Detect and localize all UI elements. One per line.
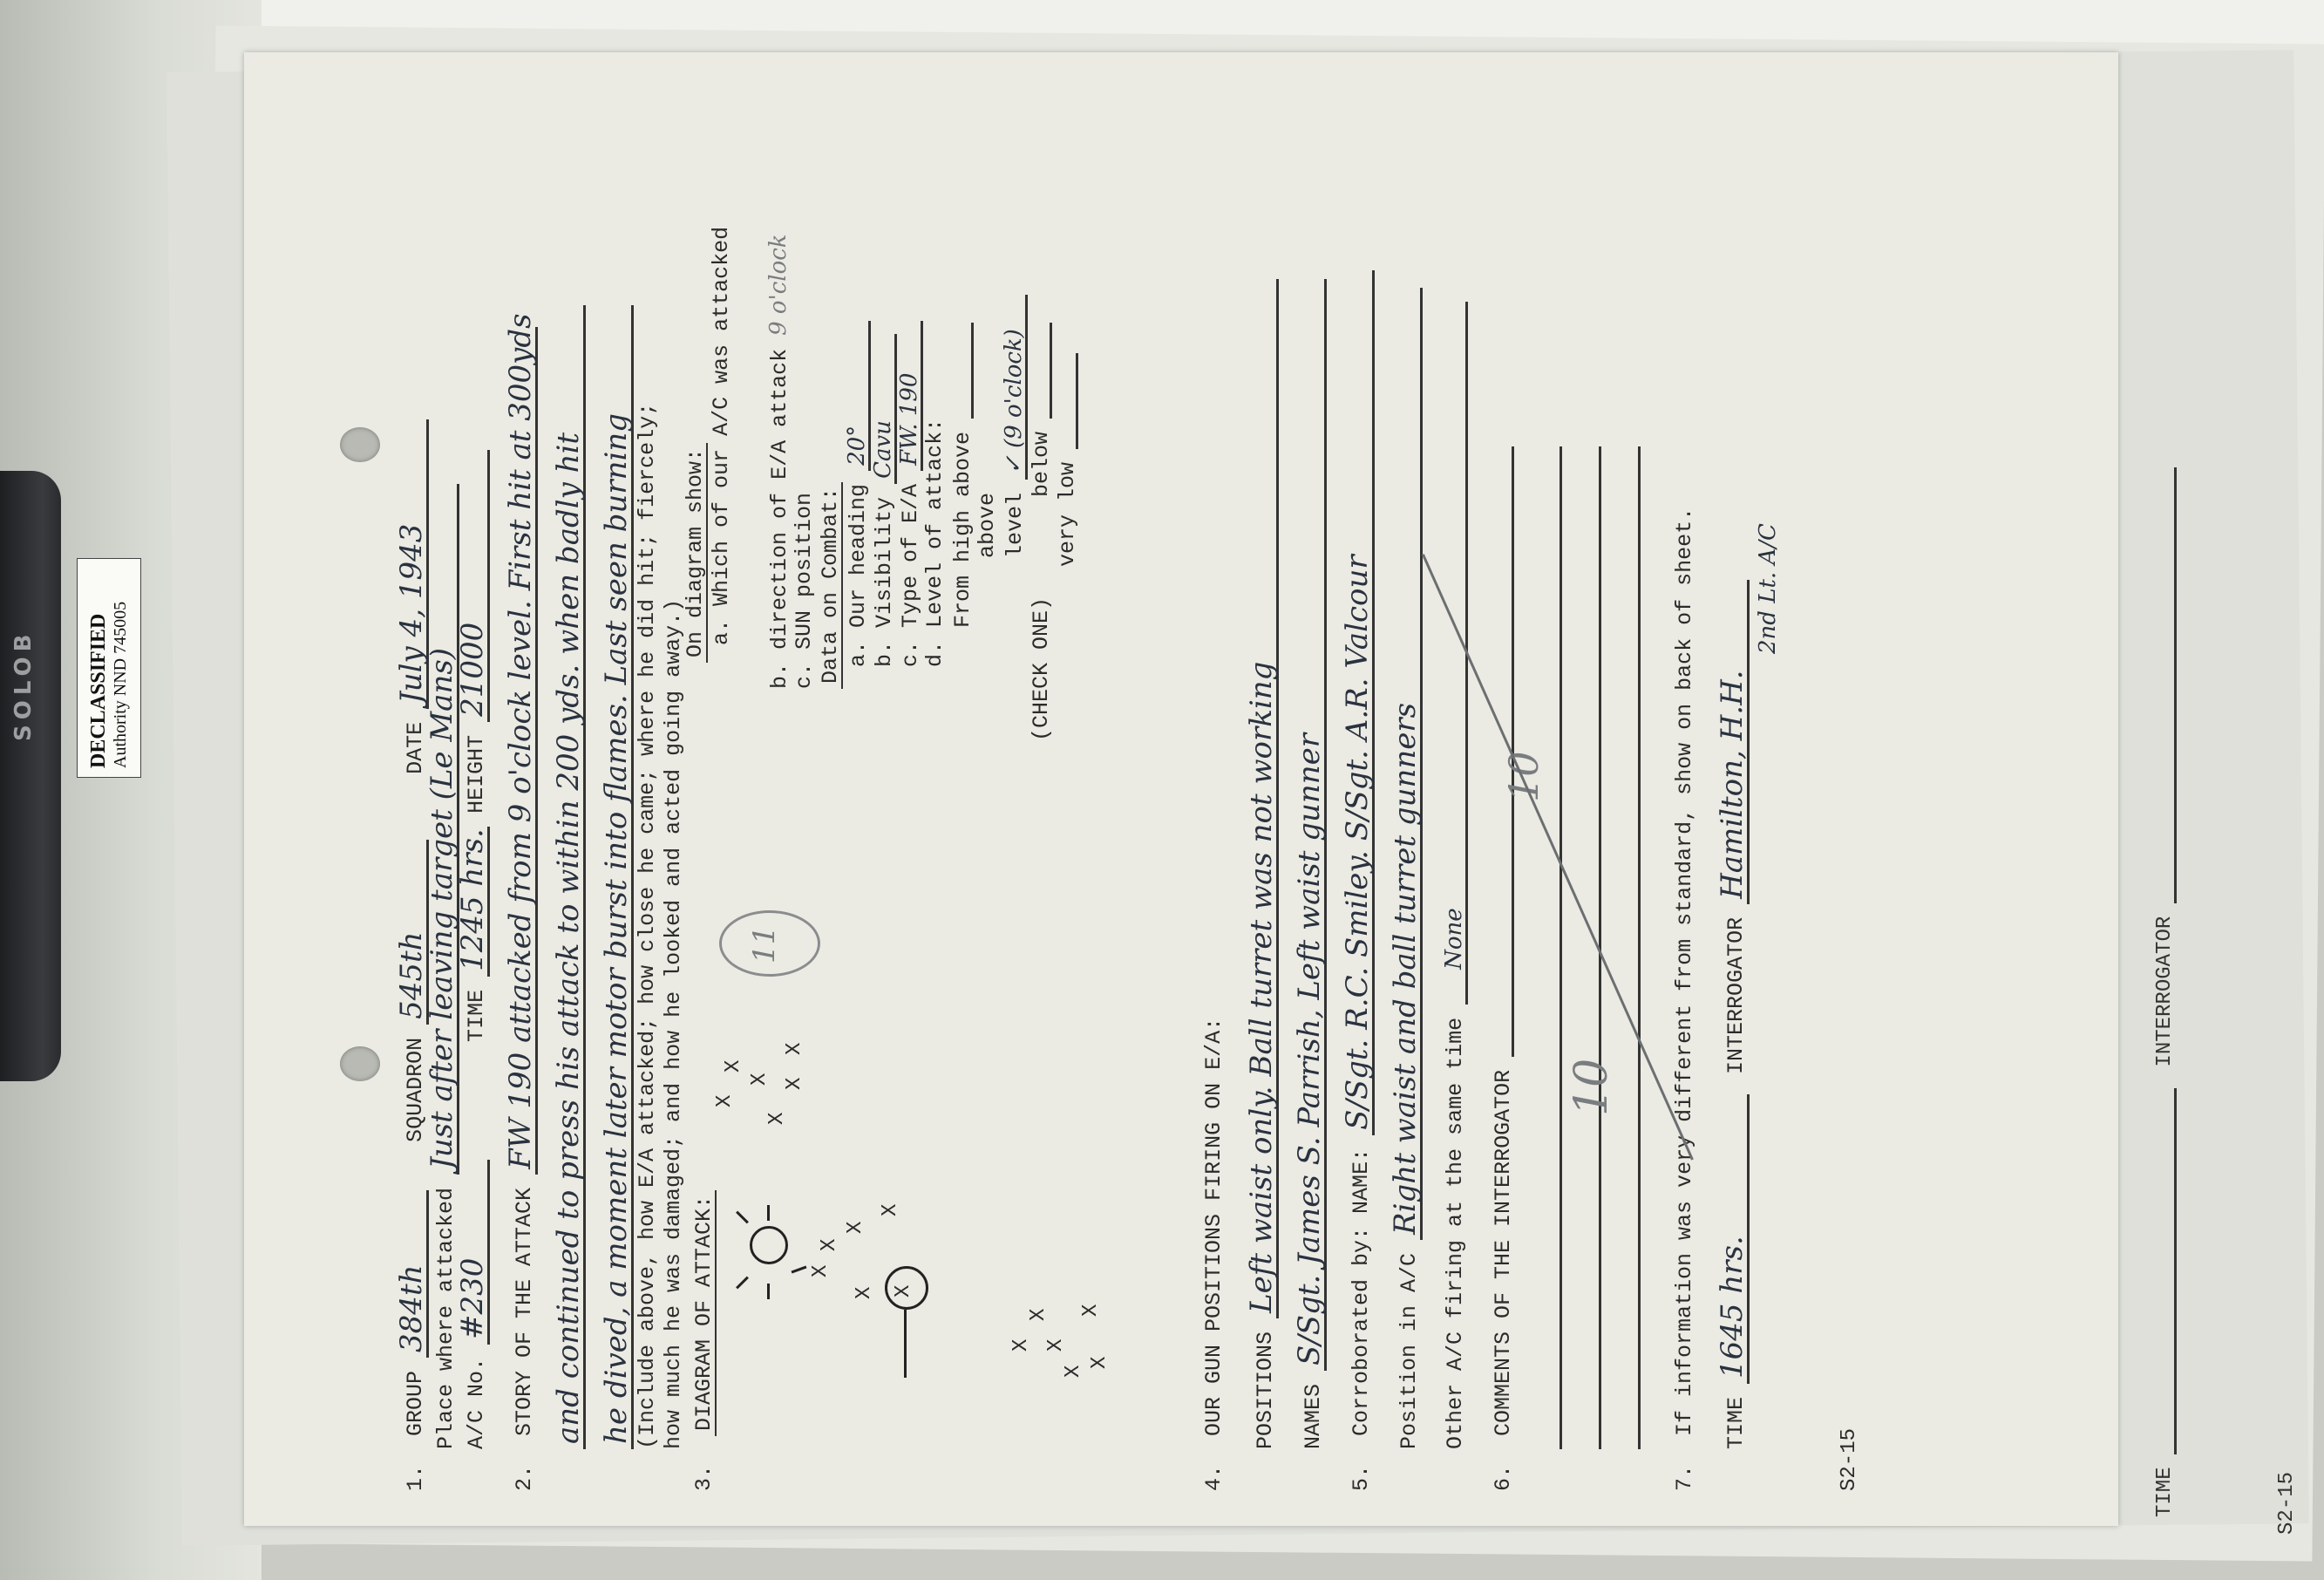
aircraft-marker: X [894, 1285, 914, 1297]
aircraft-marker: X [1046, 1339, 1067, 1352]
underlying-time-field [2153, 1088, 2177, 1454]
section4-heading: 4. OUR GUN POSITIONS FIRING ON E/A: [1203, 1018, 1225, 1491]
stapler [0, 471, 61, 1081]
sun-ray [767, 1205, 770, 1221]
declassified-authority: Authority NND 745005 [111, 559, 131, 768]
story-instructions-2: how much he was damaged; and how he look… [663, 599, 684, 1449]
form-id: S2-15 [1839, 1428, 1860, 1491]
sun-ray [767, 1284, 770, 1299]
group-value: 384th [397, 1190, 429, 1358]
data-on-combat: Data on Combat: [819, 482, 843, 689]
attack-direction-value: 9 o'clock [765, 234, 792, 335]
aircraft-marker: X [819, 1239, 840, 1251]
time-interrogator-line: TIME 1645 hrs. INTERROGATOR Hamilton, H.… [1717, 580, 1750, 1449]
aircraft-marker: X [724, 1060, 744, 1073]
diagram-item-a: a. Which of our A/C was attacked [710, 227, 732, 645]
level-very-low: very low [1055, 353, 1078, 567]
check-one: (CHECK ONE) below [1029, 323, 1052, 741]
aircraft-marker: X [811, 1265, 832, 1277]
underlying-form-footer: TIME INTERROGATOR [2153, 467, 2177, 1517]
section2-line2: and continued to press his attack to wit… [554, 305, 586, 1449]
sun-ray [792, 1266, 807, 1274]
level-high-above: From high above [950, 323, 974, 628]
combat-ea-type: c. Type of E/A FW. 190 [898, 321, 923, 667]
interrogation-time-value: 1645 hrs. [1717, 1094, 1750, 1384]
declassified-label: DECLASSIFIED Authority NND 745005 [77, 558, 141, 778]
attack-diagram: X X X X X X X X X X X X X X X X X X [715, 776, 1116, 1474]
section2-line3: he dived, a moment later motor burst int… [601, 305, 634, 1449]
section3-heading: 3. DIAGRAM OF ATTACK: [693, 1190, 717, 1491]
aircraft-marker: X [750, 1073, 771, 1086]
visibility-value: Cavu [872, 334, 897, 484]
sun-icon [750, 1226, 788, 1264]
time-value: 1245 hrs. [458, 827, 490, 977]
corroborated-value: S/Sgt. R.C. Smiley. S/Sgt. A.R. Valcour [1342, 270, 1375, 1135]
names-value: S/Sgt. James S. Parrish, Left waist gunn… [1295, 279, 1327, 1371]
declassified-title: DECLASSIFIED [87, 559, 111, 768]
story-line-2: and continued to press his attack to wit… [554, 305, 586, 1449]
aircraft-marker: X [715, 1095, 736, 1107]
aircraft-marker: X [785, 1078, 805, 1090]
aircraft-marker: X [785, 1043, 805, 1055]
underlying-form-id: S2-15 [2275, 1472, 2299, 1535]
position-in-ac-value: Right waist and ball turret gunners [1390, 288, 1423, 1240]
comments-field [1617, 446, 1641, 1449]
comments-field [1539, 446, 1562, 1449]
sun-ray [736, 1211, 749, 1224]
positions-line: POSITIONS Left waist only. Ball turret w… [1247, 279, 1279, 1449]
level-above: above [976, 493, 998, 558]
sun-ray [736, 1277, 749, 1290]
positions-value: Left waist only. Ball turret was not wor… [1247, 279, 1279, 1318]
form-page: 1. GROUP 384th SQUADRON 545th DATE July … [244, 52, 2118, 1526]
combat-level: d. Level of attack: [924, 419, 946, 667]
corroborated-line: 5. Corroborated by: NAME: S/Sgt. R.C. Sm… [1342, 270, 1375, 1491]
interrogator-rank: 2nd Lt. A/C [1757, 523, 1779, 654]
aircraft-marker: X [1063, 1365, 1084, 1378]
heading-value: 20° [846, 321, 871, 471]
section2-line1: 2. STORY OF THE ATTACK FW 190 attacked f… [506, 327, 538, 1491]
underlying-time-label: TIME [2153, 1467, 2177, 1517]
story-instructions-1: (Include above, how E/A attacked; how cl… [636, 403, 658, 1449]
diagram-item-b: b. direction of E/A attack 9 o'clock [767, 234, 791, 689]
ac-number-value: #230 [458, 1160, 490, 1345]
interrogator-name-value: Hamilton, H.H. [1717, 580, 1750, 904]
on-diagram-show: On diagram show: [684, 443, 708, 663]
story-line-3: he dived, a moment later motor burst int… [601, 305, 634, 1449]
other-ac-value: None [1443, 302, 1468, 1005]
pencil-mark: 10 [1569, 1059, 1614, 1116]
aircraft-marker: X [1029, 1309, 1050, 1321]
level-checked-value: ✓ (9 o'clock) [1002, 295, 1028, 480]
aircraft-marker: X [846, 1222, 866, 1234]
comments-line: 6. COMMENTS OF THE INTERROGATOR [1491, 446, 1514, 1491]
interrogation-form-sheet: 1. GROUP 384th SQUADRON 545th DATE July … [244, 52, 2118, 1526]
aircraft-marker: X [880, 1204, 901, 1216]
position-in-ac-line: Position in A/C Right waist and ball tur… [1390, 288, 1423, 1449]
underlying-interrogator-label: INTERROGATOR [2153, 916, 2177, 1067]
aircraft-marker: X [1090, 1357, 1111, 1369]
combat-visibility: b. Visibility Cavu [872, 334, 897, 667]
level-level: level ✓ (9 o'clock) [1002, 295, 1028, 558]
pencil-mark: 11 [750, 926, 779, 964]
underlying-interrogator-field [2153, 467, 2177, 903]
aircraft-marker: X [767, 1113, 788, 1125]
diagram-item-c: c. SUN position [793, 493, 815, 689]
other-ac-line: Other A/C firing at the same time None [1443, 302, 1468, 1449]
height-value: 21000 [458, 450, 490, 722]
aircraft-marker: X [1081, 1304, 1102, 1317]
stapler-brand: SOLOB [10, 630, 37, 741]
combat-heading: a. Our heading 20° [846, 321, 871, 667]
attack-direction-arrow [904, 1310, 907, 1378]
aircraft-marker: X [1011, 1339, 1032, 1352]
ea-type-value: FW. 190 [898, 321, 923, 471]
section1-line3: A/C No. #230 TIME 1245 hrs. HEIGHT 21000 [458, 450, 490, 1449]
names-line: NAMES S/Sgt. James S. Parrish, Left wais… [1295, 279, 1327, 1449]
story-line-1: FW 190 attacked from 9 o'clock level. Fi… [506, 327, 538, 1175]
aircraft-marker: X [854, 1287, 875, 1299]
section7-line: 7. If information was very different fro… [1674, 507, 1695, 1491]
